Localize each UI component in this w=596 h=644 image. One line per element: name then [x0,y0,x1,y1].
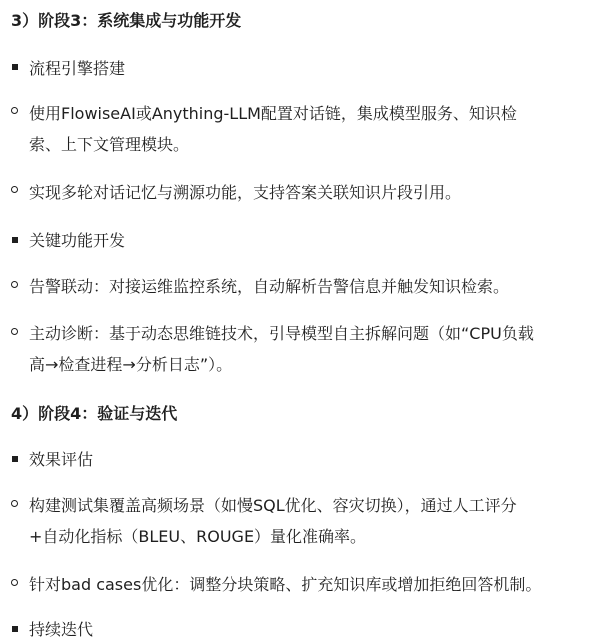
section-heading: 4）阶段4：验证与迭代 [11,401,177,424]
section-heading: 3）阶段3：系统集成与功能开发 [11,8,241,31]
list-item: 告警联动：对接运维监控系统，自动解析告警信息并触发知识检索。 [29,274,509,297]
square-bullet-icon [12,456,18,462]
list-item-continuation: 高→检查进程→分析日志”）。 [29,352,232,375]
list-item-continuation: +自动化指标（BLEU、ROUGE）量化准确率。 [29,524,366,547]
list-item: 使用FlowiseAI或Anything-LLM配置对话链，集成模型服务、知识检 [29,101,517,124]
circle-bullet-icon [11,186,18,193]
list-item: 针对bad cases优化：调整分块策略、扩充知识库或增加拒绝回答机制。 [29,572,541,595]
circle-bullet-icon [11,500,18,507]
square-bullet-icon [12,64,18,70]
list-item-label: 关键功能开发 [29,228,125,251]
list-item: 主动诊断：基于动态思维链技术，引导模型自主拆解问题（如“CPU负载 [29,321,534,344]
list-item: 构建测试集覆盖高频场景（如慢SQL优化、容灾切换），通过人工评分 [29,493,517,516]
square-bullet-icon [12,237,18,243]
circle-bullet-icon [11,579,18,586]
list-item-continuation: 索、上下文管理模块。 [29,132,189,155]
square-bullet-icon [12,626,18,632]
list-item: 实现多轮对话记忆与溯源功能，支持答案关联知识片段引用。 [29,180,461,203]
circle-bullet-icon [11,328,18,335]
list-item-label: 流程引擎搭建 [29,56,125,79]
list-item-label: 持续迭代 [29,617,93,640]
list-item-label: 效果评估 [29,447,93,470]
circle-bullet-icon [11,281,18,288]
circle-bullet-icon [11,107,18,114]
